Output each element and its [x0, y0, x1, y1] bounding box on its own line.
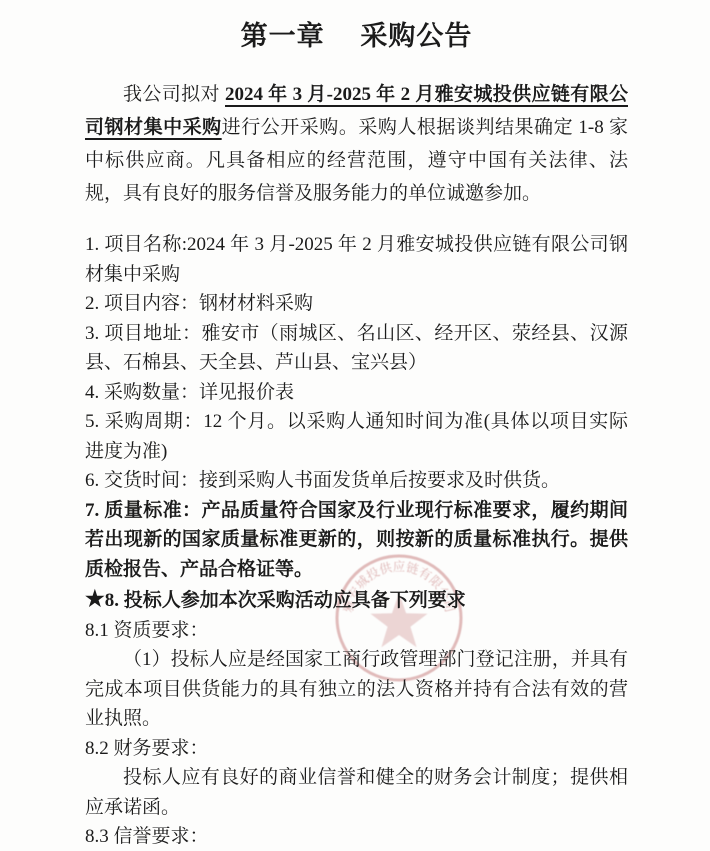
list-item-project-content: 2. 项目内容：钢材材料采购 [85, 289, 628, 319]
chapter-title: 第一章 采购公告 [85, 16, 628, 56]
document-content: 第一章 采购公告 我公司拟对 2024 年 3 月-2025 年 2 月雅安城投… [0, 0, 710, 851]
section-label-finance: 8.2 财务要求： [85, 734, 628, 764]
list-item-purchase-quantity: 4. 采购数量：详见报价表 [85, 378, 628, 408]
section-body-finance: 投标人应有良好的商业信誉和健全的财务会计制度；提供相应承诺函。 [85, 763, 628, 822]
requirements-heading: ★8. 投标人参加本次采购活动应具备下列要求 [85, 584, 628, 616]
intro-paragraph: 我公司拟对 2024 年 3 月-2025 年 2 月雅安城投供应链有限公司钢材… [85, 78, 628, 210]
document-page: 雅安城投供应链有限公司 第一章 采购公告 我公司拟对 2024 年 3 月-20… [0, 0, 710, 851]
requirements-heading-text: 8. 投标人参加本次采购活动应具备下列要求 [105, 590, 466, 611]
list-item-quality-standard: 7. 质量标准：产品质量符合国家及行业现行标准要求，履约期间若出现新的国家质量标… [85, 496, 628, 585]
list-item-project-name: 1. 项目名称:2024 年 3 月-2025 年 2 月雅安城投供应链有限公司… [85, 230, 628, 289]
list-item-project-address: 3. 项目地址：雅安市（雨城区、名山区、经开区、荥经县、汉源县、石棉县、天全县、… [85, 319, 628, 378]
section-body-qualification: （1）投标人应是经国家工商行政管理部门登记注册，并具有完成本项目供货能力的具有独… [85, 645, 628, 734]
intro-prefix: 我公司拟对 [123, 84, 225, 105]
star-icon: ★ [85, 586, 105, 611]
section-label-reputation: 8.3 信誉要求： [85, 822, 628, 851]
list-item-delivery-time: 6. 交货时间：接到采购人书面发货单后按要求及时供货。 [85, 466, 628, 496]
list-item-purchase-period: 5. 采购周期：12 个月。以采购人通知时间为准(具体以项目实际进度为准) [85, 407, 628, 466]
section-label-qualification: 8.1 资质要求： [85, 616, 628, 646]
